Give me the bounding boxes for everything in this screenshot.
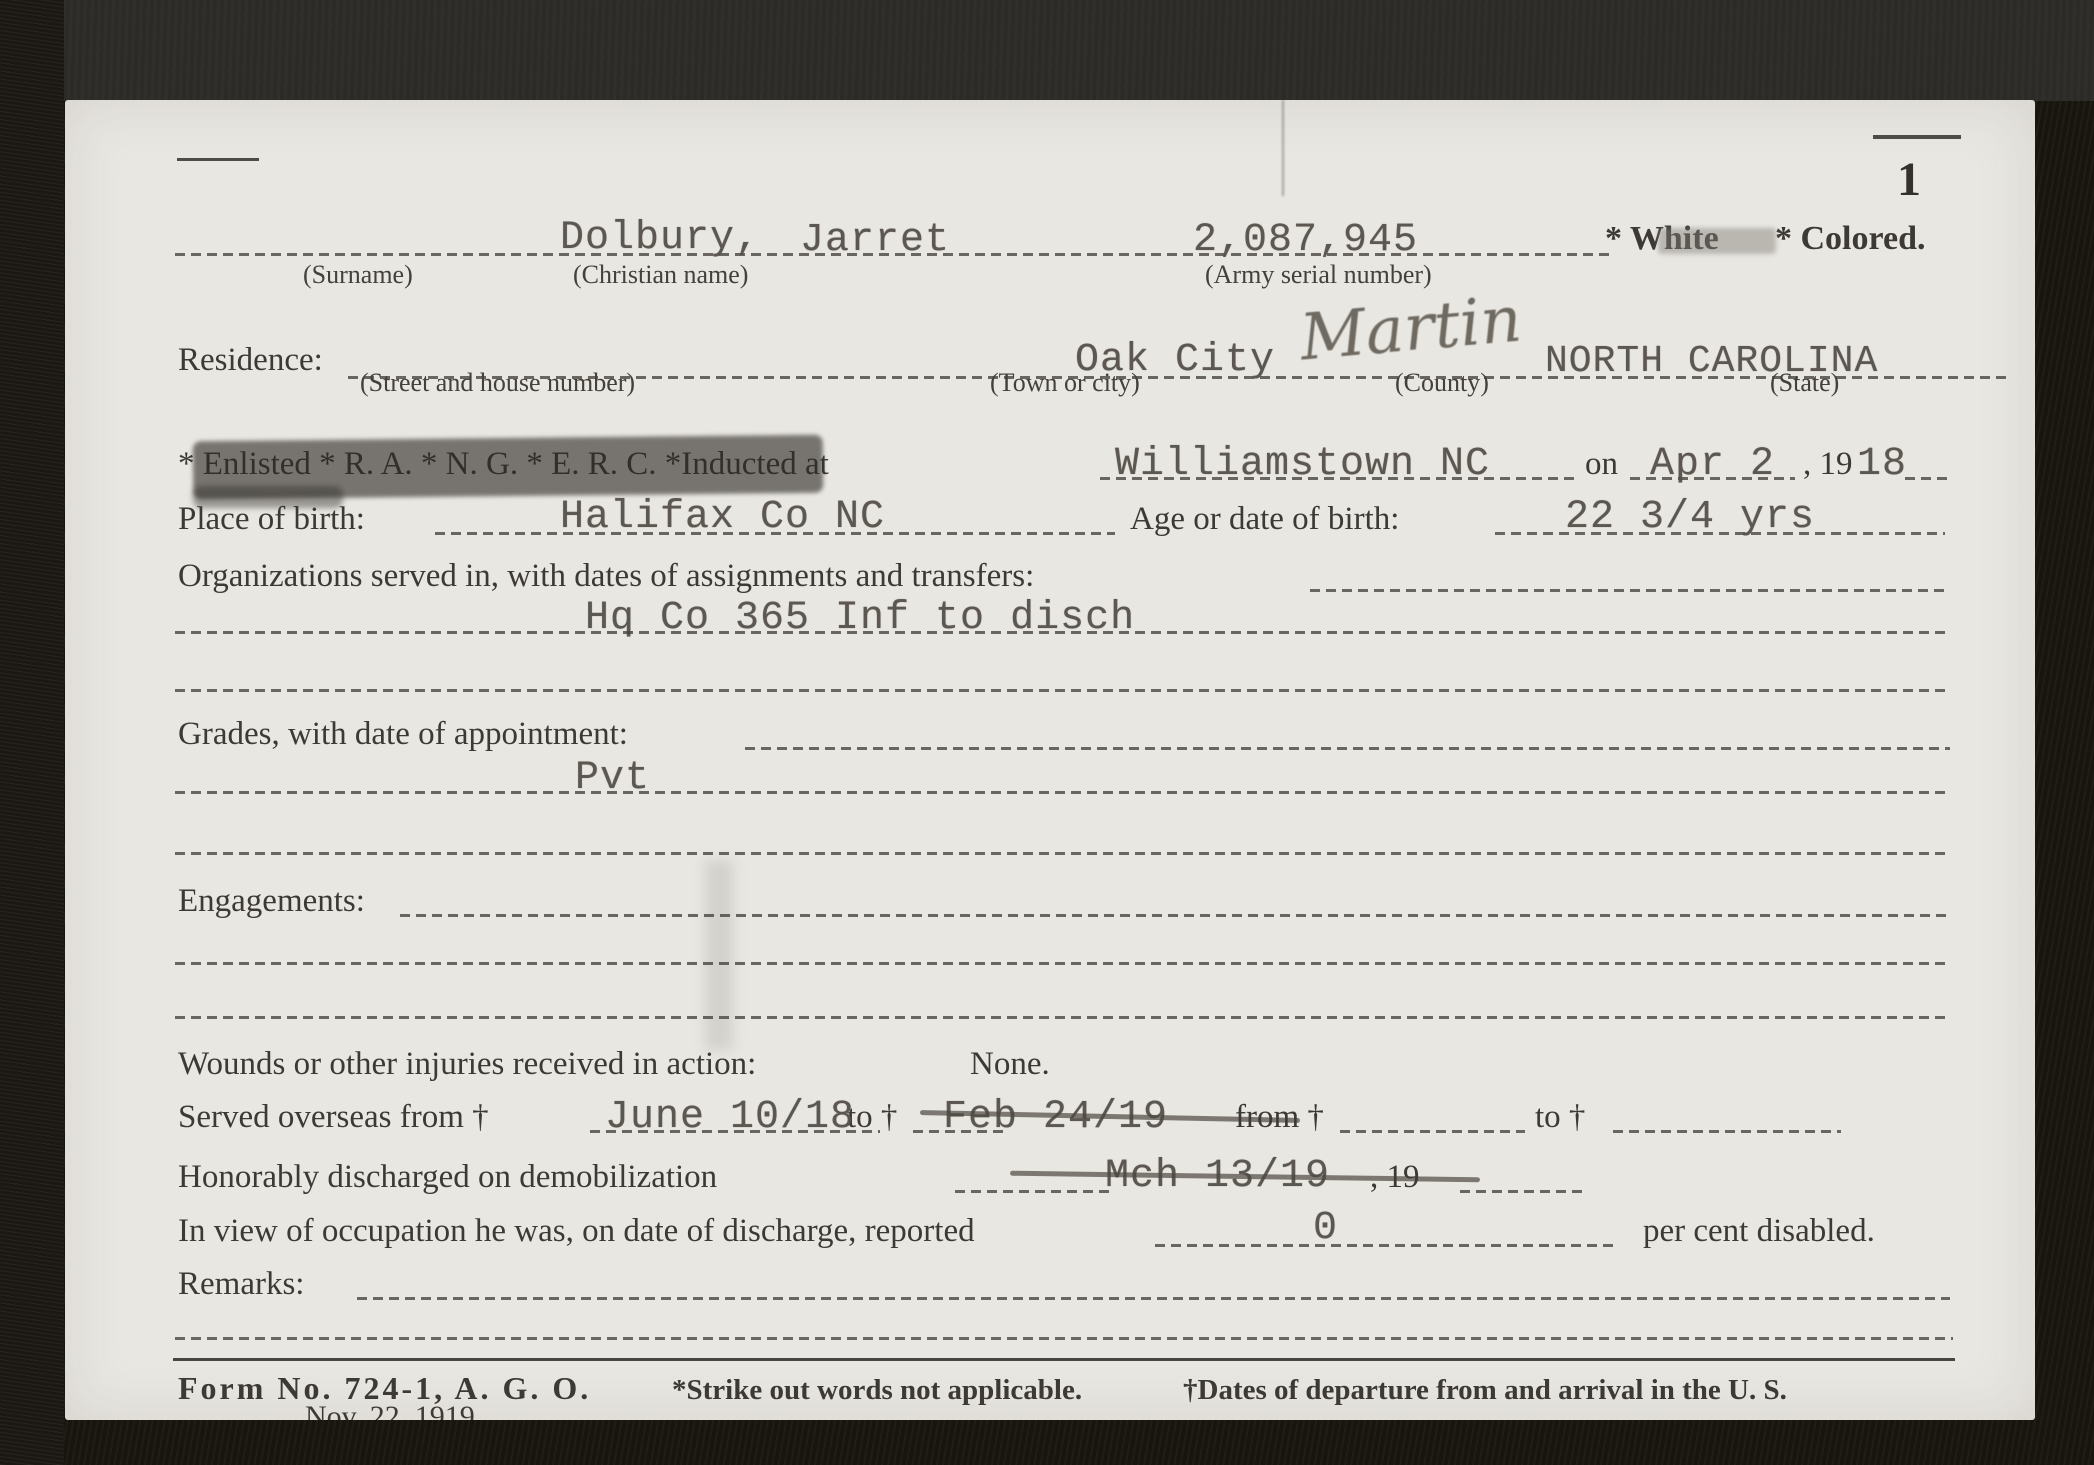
scan-top-strip bbox=[0, 0, 2094, 101]
induction-year-label: , 19 bbox=[1803, 446, 1853, 483]
serial-number-value: 2,087,945 bbox=[1193, 218, 1418, 263]
age-label: Age or date of birth: bbox=[1130, 501, 1399, 538]
residence-label: Residence: bbox=[178, 342, 323, 379]
grades-line-2 bbox=[175, 791, 1950, 794]
wounds-value: None. bbox=[970, 1046, 1050, 1083]
grades-line-1 bbox=[745, 747, 1950, 750]
state-caption: (State) bbox=[1770, 368, 1839, 398]
grades-value: Pvt bbox=[575, 756, 650, 801]
scan-left-strip bbox=[0, 0, 64, 1465]
street-caption: (Street and house number) bbox=[360, 368, 635, 398]
induction-year-value: 18 bbox=[1857, 442, 1907, 487]
induction-date-value: Apr 2 bbox=[1650, 442, 1775, 487]
service-record-card: 1 Dolbury, Jarret 2,087,945 * White * Co… bbox=[65, 100, 2035, 1420]
inducted-place-value: Williamstown NC bbox=[1115, 442, 1490, 487]
disability-value: 0 bbox=[1313, 1206, 1338, 1251]
engagements-line-2 bbox=[175, 962, 1950, 965]
overseas-line-3 bbox=[1340, 1130, 1525, 1133]
place-of-birth-label: Place of birth: bbox=[178, 501, 365, 538]
county-caption: (County) bbox=[1395, 368, 1489, 398]
overseas-from1-value: June 10/18 bbox=[605, 1095, 855, 1140]
overseas-from2-label: from † bbox=[1235, 1099, 1324, 1136]
on-label: on bbox=[1585, 446, 1618, 483]
overseas-label: Served overseas from † bbox=[178, 1099, 489, 1136]
serial-number-caption: (Army serial number) bbox=[1205, 260, 1432, 290]
discharge-line-2 bbox=[1460, 1190, 1585, 1193]
organizations-line-2 bbox=[175, 631, 1950, 634]
organizations-label: Organizations served in, with dates of a… bbox=[178, 558, 1034, 595]
organizations-value: Hq Co 365 Inf to disch bbox=[585, 596, 1135, 641]
grades-label: Grades, with date of appointment: bbox=[178, 716, 628, 753]
town-caption: (Town or city) bbox=[990, 368, 1140, 398]
engagements-line-1 bbox=[400, 914, 1950, 917]
overseas-line-4 bbox=[1613, 1130, 1841, 1133]
discharge-line-1 bbox=[955, 1190, 1110, 1193]
age-value: 22 3/4 yrs bbox=[1565, 495, 1815, 540]
disability-label: In view of occupation he was, on date of… bbox=[178, 1213, 975, 1250]
place-of-birth-value: Halifax Co NC bbox=[560, 495, 885, 540]
paper-streak bbox=[705, 860, 733, 1050]
page-number: 1 bbox=[1897, 152, 1921, 207]
engagements-line-3 bbox=[175, 1016, 1950, 1019]
engagements-label: Engagements: bbox=[178, 883, 365, 920]
wounds-label: Wounds or other injuries received in act… bbox=[178, 1046, 756, 1083]
crease-mark bbox=[1282, 100, 1284, 196]
christian-name-value: Jarret bbox=[800, 218, 950, 263]
page-number-overline bbox=[1873, 135, 1961, 139]
footer-rule bbox=[173, 1358, 1955, 1361]
remarks-line-1 bbox=[357, 1297, 1950, 1300]
christian-name-caption: (Christian name) bbox=[573, 260, 748, 290]
form-date: Nov. 22, 1919. bbox=[305, 1400, 482, 1420]
surname-value: Dolbury, bbox=[560, 216, 760, 261]
remarks-label: Remarks: bbox=[178, 1266, 304, 1303]
remarks-line-2 bbox=[175, 1337, 1953, 1340]
disability-suffix-label: per cent disabled. bbox=[1643, 1213, 1875, 1250]
residence-county-value: Martin bbox=[1297, 282, 1524, 375]
top-left-mark bbox=[177, 158, 259, 161]
disability-line bbox=[1155, 1244, 1615, 1247]
organizations-line-3 bbox=[175, 689, 1950, 692]
discharge-year-label: , 19 bbox=[1370, 1159, 1420, 1196]
discharge-label: Honorably discharged on demobilization bbox=[178, 1159, 717, 1196]
grades-line-3 bbox=[175, 852, 1950, 855]
footnote-strike: *Strike out words not applicable. bbox=[672, 1374, 1082, 1407]
organizations-line-1 bbox=[1310, 589, 1950, 592]
colored-label: * Colored. bbox=[1775, 220, 1925, 258]
overseas-to2-label: to † bbox=[1535, 1099, 1585, 1136]
surname-caption: (Surname) bbox=[303, 260, 413, 290]
scanned-record-background: 1 Dolbury, Jarret 2,087,945 * White * Co… bbox=[0, 0, 2094, 1465]
induction-year-line bbox=[1905, 477, 1950, 480]
footnote-dagger: †Dates of departure from and arrival in … bbox=[1183, 1374, 1787, 1407]
white-strikeout-smudge bbox=[1658, 228, 1776, 254]
